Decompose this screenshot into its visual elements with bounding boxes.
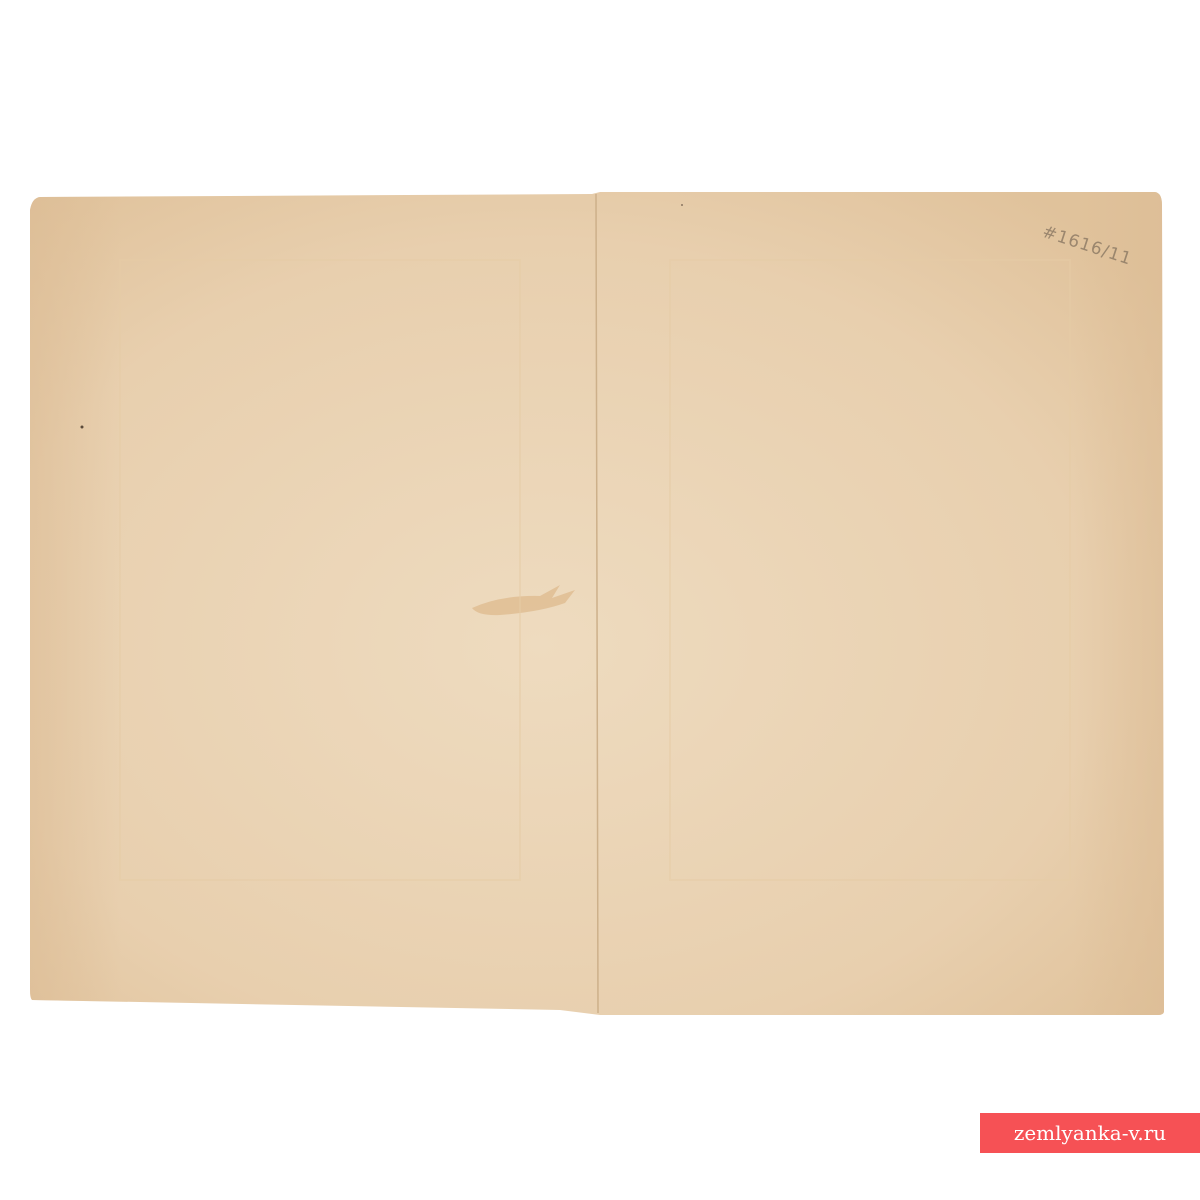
document-paper: #1616/11 [0,0,1200,1200]
watermark-text: zemlyanka-v.ru [1014,1121,1166,1145]
paper-shape [0,0,1200,1200]
watermark-badge: zemlyanka-v.ru [980,1113,1200,1153]
